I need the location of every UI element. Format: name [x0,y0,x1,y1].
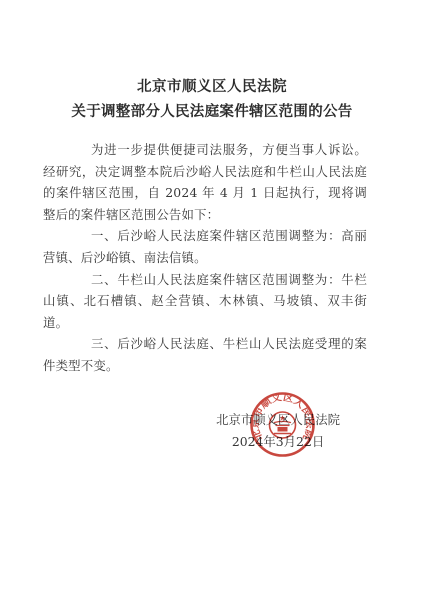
document-subtitle: 关于调整部分人民法庭案件辖区范围的公告 [0,99,424,124]
announcement-page: 北京市顺义区人民法院 关于调整部分人民法庭案件辖区范围的公告 为进一步提供便捷司… [0,0,424,600]
body-paragraph-intro: 为进一步提供便捷司法服务，方便当事人诉讼。经研究，决定调整本院后沙峪人民法庭和牛… [43,139,367,225]
body-paragraph-item-1: 一、后沙峪人民法庭案件辖区范围调整为：高丽营镇、后沙峪镇、南法信镇。 [43,225,367,268]
document-title: 北京市顺义区人民法院 [0,74,424,99]
body-paragraph-item-2: 二、牛栏山人民法庭案件辖区范围调整为：牛栏山镇、北石槽镇、赵全营镇、木林镇、马坡… [43,269,367,334]
title-block: 北京市顺义区人民法院 关于调整部分人民法庭案件辖区范围的公告 [0,0,424,124]
document-body: 为进一步提供便捷司法服务，方便当事人诉讼。经研究，决定调整本院后沙峪人民法庭和牛… [43,139,367,377]
signature-issuer: 北京市顺义区人民法院 [216,409,340,431]
body-paragraph-item-3: 三、后沙峪人民法庭、牛栏山人民法庭受理的案件类型不变。 [43,333,367,376]
signature-date: 2024年3月22日 [216,431,340,453]
signature-block: 北京市顺义区人民法院 2024年3月22日 [216,409,340,453]
